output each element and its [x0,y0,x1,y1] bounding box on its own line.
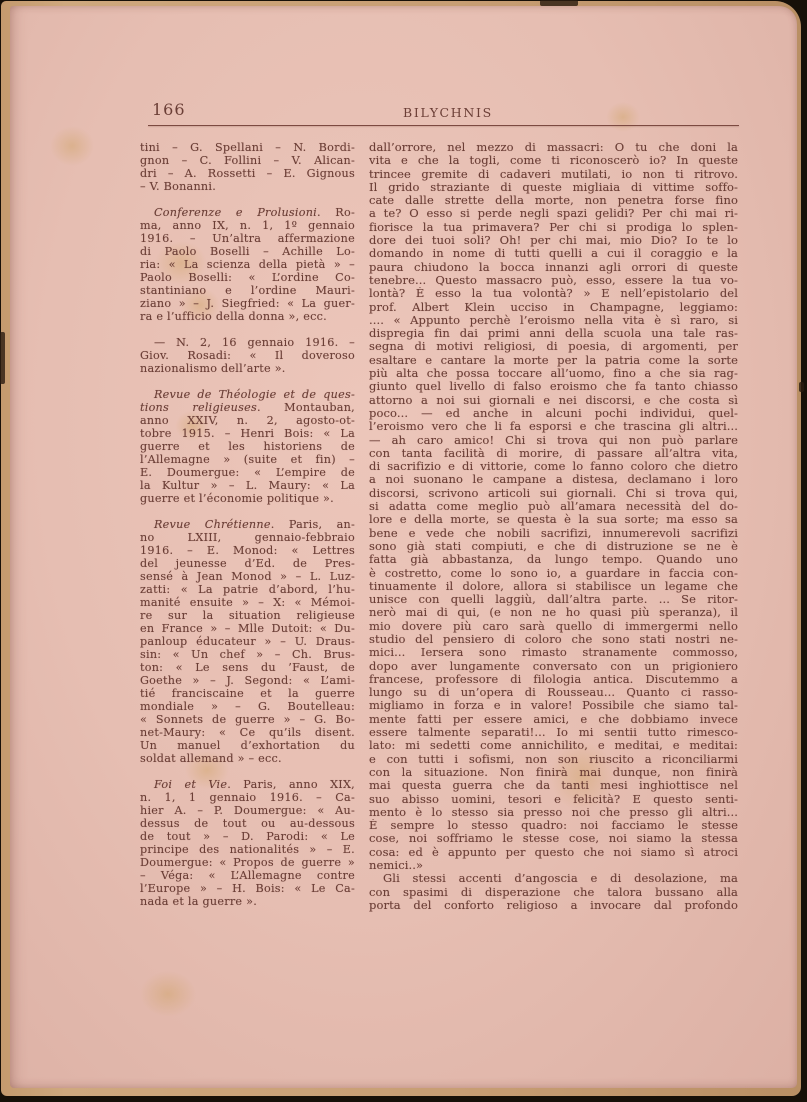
header-rule [148,125,739,126]
text-line: l’Allemagne » (suite et fin) – [140,453,355,466]
text-line: mente fatti per essere amici, e che dobb… [369,713,738,726]
text-line: a noi suonano le campane a distesa, decl… [369,473,738,486]
text-line: Doumergue: « Propos de guerre » [140,856,355,869]
left-column: tini – G. Spellani – N. Bordi-gnon – C. … [140,141,355,908]
text-line: stantiniano e l’ordine Mauri- [140,284,355,297]
text-line: la Kultur » – L. Maury: « La [140,479,355,492]
text-line: – Véga: « L’Allemagne contre [140,869,355,882]
text-line: Paolo Boselli: « L’ordine Co- [140,271,355,284]
text-line: Giov. Rosadi: « Il doveroso [140,349,355,362]
text-line: giunto quel livello di falso eroismo che… [369,380,738,393]
text-line: poco... — ed anche in alcuni pochi indiv… [369,407,738,420]
text-line: suo abisso uomini, tesori e felicità? E … [369,793,738,806]
text-line: a te? O esso si perde negli spazi gelidi… [369,207,738,220]
text-line: mento è lo stesso sia presso noi che pre… [369,806,738,819]
text-line: guerre et les historiens de [140,440,355,453]
text-line: dall’orrore, nel mezzo di massacri: O tu… [369,141,738,154]
text-line: attorno a noi sui giornali e nei discors… [369,394,738,407]
paragraph: Revue de Théologie et de ques-tions reli… [140,388,355,505]
page-number: 166 [152,100,186,119]
text-line: principe des nationalités » – E. [140,843,355,856]
text-line: Goethe » – J. Segond: « L’ami- [140,674,355,687]
text-line: è costretto, come lo sono io, a guardare… [369,567,738,580]
text-line: nada et la guerre ». [140,895,355,908]
text-line: tié franciscaine et la guerre [140,687,355,700]
paragraph: tini – G. Spellani – N. Bordi-gnon – C. … [140,141,355,193]
journal-title: BILYCHNIS [403,105,493,120]
scanned-page: 166 BILYCHNIS tini – G. Spellani – N. Bo… [10,6,797,1088]
text-line: trincee gremite di cadaveri mutilati, io… [369,168,738,181]
text-line: en France » – Mlle Dutoit: « Du- [140,622,355,635]
text-line: bene e vede che nobili sacrifizi, innume… [369,527,738,540]
text-line: segna di motivi religiosi, di poesia, di… [369,340,738,353]
text-line: dessus de tout ou au-dessous [140,817,355,830]
text-line: gnon – C. Follini – V. Alican- [140,154,355,167]
text-line: Conferenze e Prolusioni. Ro- [140,206,355,219]
text-line: manité ensuite » – X: « Mémoi- [140,596,355,609]
text-line: tenebre... Questo massacro può, esso, es… [369,274,738,287]
text-line: hier A. – P. Doumergue: « Au- [140,804,355,817]
paragraph: — N. 2, 16 gennaio 1916. –Giov. Rosadi: … [140,336,355,375]
text-line: cate dalle strette della morte, non pene… [369,194,738,207]
text-line: nemici..» [369,859,738,872]
text-line: studio del pensiero di coloro che sono s… [369,633,738,646]
text-line: .... « Appunto perchè l’eroismo nella vi… [369,314,738,327]
text-line: paura chiudono la bocca innanzi agli orr… [369,261,738,274]
text-line: — N. 2, 16 gennaio 1916. – [140,336,355,349]
text-line: zatti: « La patrie d’abord, l’hu- [140,583,355,596]
text-line: prof. Albert Klein ucciso in Champagne, … [369,301,738,314]
text-line: dri – A. Rossetti – E. Gignous [140,167,355,180]
text-line: anno XXIV, n. 2, agosto-ot- [140,414,355,427]
text-line: Gli stessi accenti d’angoscia e di desol… [369,872,738,885]
text-line: È sempre lo stesso quadro: noi facciamo … [369,819,738,832]
text-line: l’Europe » – H. Bois: « Le Ca- [140,882,355,895]
text-line: mici... Iersera sono rimasto stranamente… [369,646,738,659]
text-line: Revue Chrétienne. Paris, an- [140,518,355,531]
right-column: dall’orrore, nel mezzo di massacri: O tu… [369,141,738,912]
text-line: Revue de Théologie et de ques- [140,388,355,401]
text-line: panloup éducateur » – U. Draus- [140,635,355,648]
text-line: ma, anno IX, n. 1, 1º gennaio [140,219,355,232]
text-line: Foi et Vie. Paris, anno XIX, [140,778,355,791]
text-line: – V. Bonanni. [140,180,355,193]
stain [140,971,196,1017]
text-line: di sacrifizio e di vittorie, come lo fan… [369,460,738,473]
text-line: esaltare e cantare la morte per la patri… [369,354,738,367]
left-edge-mark [0,332,5,384]
text-line: ria: « La scienza della pietà » – [140,258,355,271]
text-line: de tout » – D. Parodi: « Le [140,830,355,843]
text-line: tini – G. Spellani – N. Bordi- [140,141,355,154]
text-line: con tanta facilità di morire, di passare… [369,447,738,460]
text-line: lato: mi sedetti come annichilito, e med… [369,739,738,752]
paragraph: Foi et Vie. Paris, anno XIX,n. 1, 1 genn… [140,778,355,908]
text-line: — ah caro amico! Chi si trova qui non pu… [369,434,738,447]
text-line: tobre 1915. – Henri Bois: « La [140,427,355,440]
text-line: dispregia fin dai primi anni della scuol… [369,327,738,340]
text-line: di Paolo Boselli – Achille Lo- [140,245,355,258]
text-line: sin: « Un chef » – Ch. Brus- [140,648,355,661]
text-line: net-Maury: « Ce qu’ils disent. [140,726,355,739]
text-line: 1916. – E. Monod: « Lettres [140,544,355,557]
text-line: nerò mai di qui, (e non ne ho quasi più … [369,606,738,619]
text-line: nazionalismo dell’arte ». [140,362,355,375]
text-line: con la situazione. Non finirà mai dunque… [369,766,738,779]
stain [606,102,640,132]
text-line: si adatta come meglio può all’amara nece… [369,500,738,513]
text-line: essere talmente separati!... Io mi senti… [369,726,738,739]
text-line: 1916. – Un’altra affermazione [140,232,355,245]
text-line: e con tutti i sofismi, non son riuscito … [369,753,738,766]
text-line: l’eroismo vero che li fa esporsi e che t… [369,420,738,433]
text-line: « Sonnets de guerre » – G. Bo- [140,713,355,726]
text-line: discorsi, scrivono articoli sui giornali… [369,487,738,500]
text-line: lungo su di un’opera di Rousseau... Quan… [369,686,738,699]
text-line: fiorisce la tua primavera? Per chi si pr… [369,221,738,234]
text-line: soldat allemand » – ecc. [140,752,355,765]
paragraph: Conferenze e Prolusioni. Ro-ma, anno IX,… [140,206,355,323]
stain [50,126,94,166]
text-line: dore dei tuoi soli? Oh! per chi mai, mio… [369,234,738,247]
paragraph: Gli stessi accenti d’angoscia e di desol… [369,872,738,912]
text-line: fatta già abbastanza, da lungo tempo. Qu… [369,553,738,566]
text-line: tions religieuses. Montauban, [140,401,355,414]
text-line: francese, professore di filologia antica… [369,673,738,686]
text-line: mondiale » – G. Boutelleau: [140,700,355,713]
text-line: vita e che la togli, come ti riconoscerò… [369,154,738,167]
paragraph: dall’orrore, nel mezzo di massacri: O tu… [369,141,738,872]
text-line: cose, noi soffriamo le stesse cose, noi … [369,832,738,845]
text-line: re sur la situation religieuse [140,609,355,622]
text-line: ton: « Le sens du ’Faust, de [140,661,355,674]
text-line: Il grido straziante di queste migliaia d… [369,181,738,194]
text-line: cosa: ed è appunto per questo che noi si… [369,846,738,859]
text-line: più alta che possa toccare all’uomo, fin… [369,367,738,380]
text-line: no LXIII, gennaio-febbraio [140,531,355,544]
text-line: mio dovere più caro sarà quello di immer… [369,620,738,633]
text-line: domando in nome di tutti quelli a cui il… [369,247,738,260]
text-line: Un manuel d’exhortation du [140,739,355,752]
text-line: ziano » – J. Siegfried: « La guer- [140,297,355,310]
text-line: migliamo in forza e in valore! Possibile… [369,699,738,712]
paragraph: Revue Chrétienne. Paris, an-no LXIII, ge… [140,518,355,765]
text-line: unisce con quelli laggiù, dall’altra par… [369,593,738,606]
text-line: con spasimi di disperazione che talora b… [369,886,738,899]
text-line: del jeunesse d’Ed. de Pres- [140,557,355,570]
text-line: E. Doumergue: « L’empire de [140,466,355,479]
text-line: lore e della morte, se questa è la sua s… [369,513,738,526]
text-line: porta del conforto religioso a invocare … [369,899,738,912]
right-edge-mark [799,382,804,392]
text-line: guerre et l’économie politique ». [140,492,355,505]
text-line: tinuamente il dolore, allora si stabilis… [369,580,738,593]
text-line: lontà? È esso la tua volontà? » E nell’e… [369,287,738,300]
text-line: n. 1, 1 gennaio 1916. – Ca- [140,791,355,804]
text-line: dopo aver lungamente conversato con un p… [369,660,738,673]
text-line: ra e l’ufficio della donna », ecc. [140,310,355,323]
text-line: mai questa guerra che da tanti mesi ingh… [369,779,738,792]
text-line: sensé à Jean Monod » – L. Luz- [140,570,355,583]
text-line: sono già stati compiuti, e che di distru… [369,540,738,553]
